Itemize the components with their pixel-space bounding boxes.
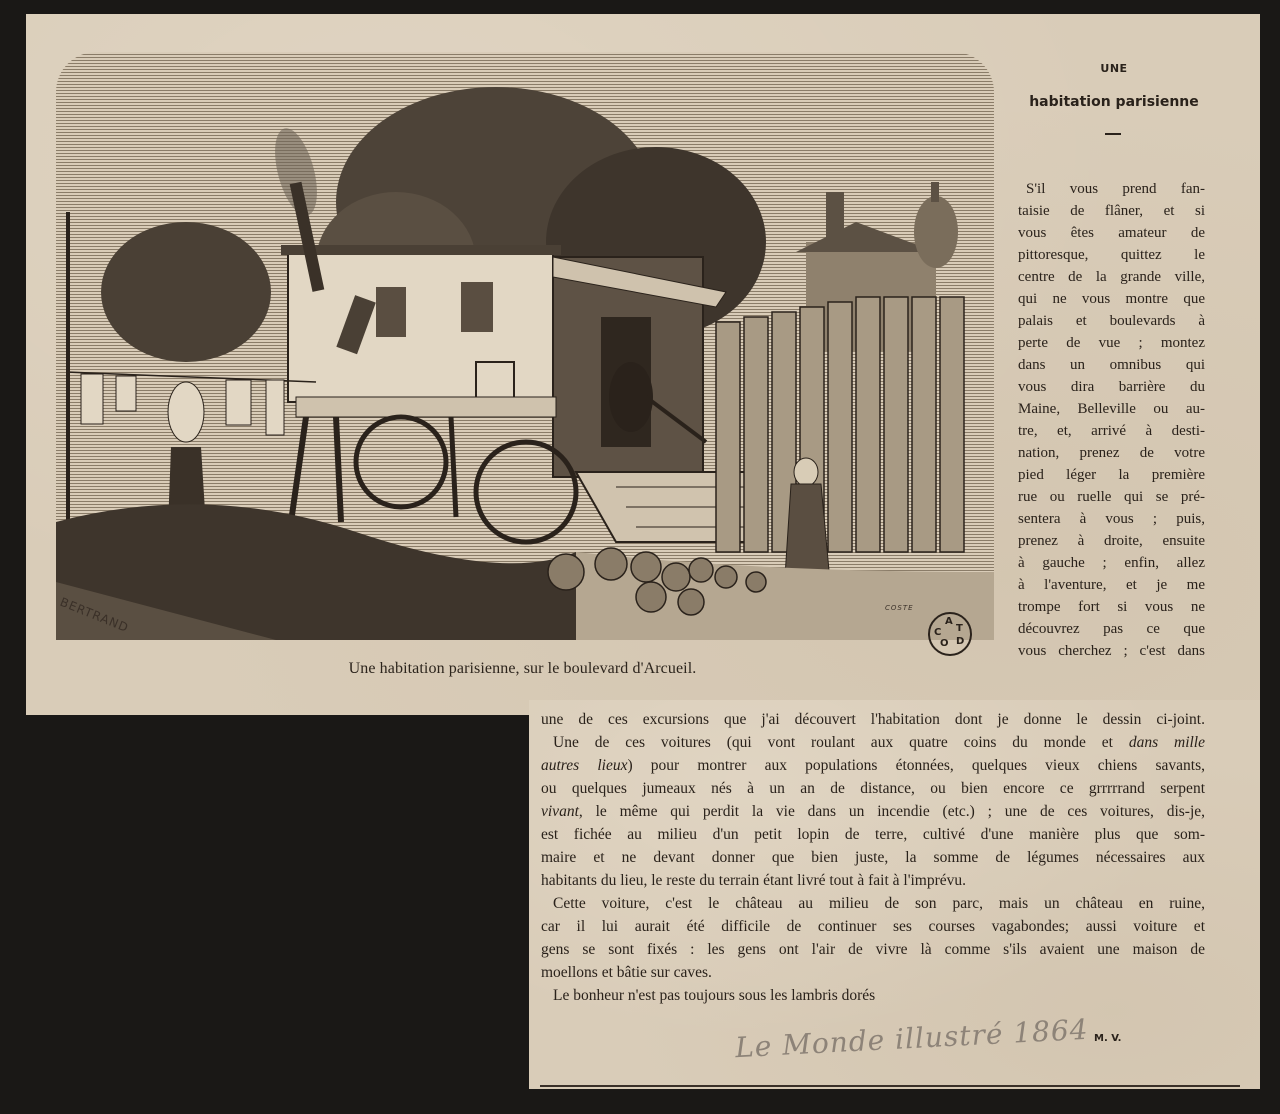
stamp-letter: D [956,636,964,647]
text-line: ou quelques jumeaux nés à un an de dista… [541,777,1205,800]
text-line: une de ces excursions que j'ai découvert… [541,708,1205,731]
article-title: habitation parisienne [1012,94,1216,110]
text-line: tre, et, arrivé à desti- [1018,420,1205,442]
text-line: S'il vous prend fan- [1018,178,1205,200]
engraving-scene-icon [56,52,994,640]
text-line: vous cherchez ; c'est dans [1018,640,1205,662]
text-line: Le bonheur n'est pas toujours sous les l… [541,984,1205,1007]
text-line: gens se sont fixés : les gens ont l'air … [541,938,1205,961]
text-line: Cette voiture, c'est le château au milie… [541,892,1205,915]
text-line: car il lui aurait été difficile de conti… [541,915,1205,938]
engraver-signature-right: COSTE [885,604,914,612]
text-line: Une de ces voitures (qui vont roulant au… [541,731,1205,754]
text-line: autres lieux) pour montrer aux populatio… [541,754,1205,777]
text-line: pittoresque, quittez le [1018,244,1205,266]
text-line: vous dira barrière du [1018,376,1205,398]
text-line: palais et boulevards à [1018,310,1205,332]
author-initials: M. V. [1094,1033,1121,1044]
text-line: découvrez pas ce que [1018,618,1205,640]
engraving-illustration [56,52,994,640]
text-line: à l'aventure, et je me [1018,574,1205,596]
text-line: vous êtes amateur de [1018,222,1205,244]
text-line: rue ou ruelle qui se pré- [1018,486,1205,508]
article-column-right: S'il vous prend fan- taisie de flâner, e… [1018,178,1205,662]
text-line: centre de la grande ville, [1018,266,1205,288]
stamp-letter: A [945,616,953,627]
article-kicker: UNE [1014,62,1214,75]
text-line: taisie de flâner, et si [1018,200,1205,222]
stamp-letter: C [934,627,941,638]
illustration-caption: Une habitation parisienne, sur le boulev… [0,660,1045,678]
text-line: Maine, Belleville ou au- [1018,398,1205,420]
text-line: trompe fort si vous ne [1018,596,1205,618]
text-line: moellons et bâtie sur caves. [541,961,1205,984]
text-line: qui ne vous montre que [1018,288,1205,310]
text-line: maire et ne devant donner que bien juste… [541,846,1205,869]
title-dash-divider [1105,133,1121,135]
text-line: prenez à droite, ensuite [1018,530,1205,552]
text-line: habitants du lieu, le reste du terrain é… [541,869,1205,892]
article-column-bottom: une de ces excursions que j'ai découvert… [541,708,1205,1007]
text-line: perte de vue ; montez [1018,332,1205,354]
stamp-letter: T [956,623,963,634]
text-line: à gauche ; enfin, allez [1018,552,1205,574]
stamp-letter: O [940,638,949,649]
text-line: nation, prenez de votre [1018,442,1205,464]
library-stamp-icon: A T C O D [928,612,972,656]
text-line: est fichée au milieu d'un petit lopin de… [541,823,1205,846]
text-line: pied léger la première [1018,464,1205,486]
text-line: dans un omnibus qui [1018,354,1205,376]
bottom-rule [540,1085,1240,1087]
text-line: vivant, le même qui perdit la vie dans u… [541,800,1205,823]
text-line: sentera à vous ; puis, [1018,508,1205,530]
